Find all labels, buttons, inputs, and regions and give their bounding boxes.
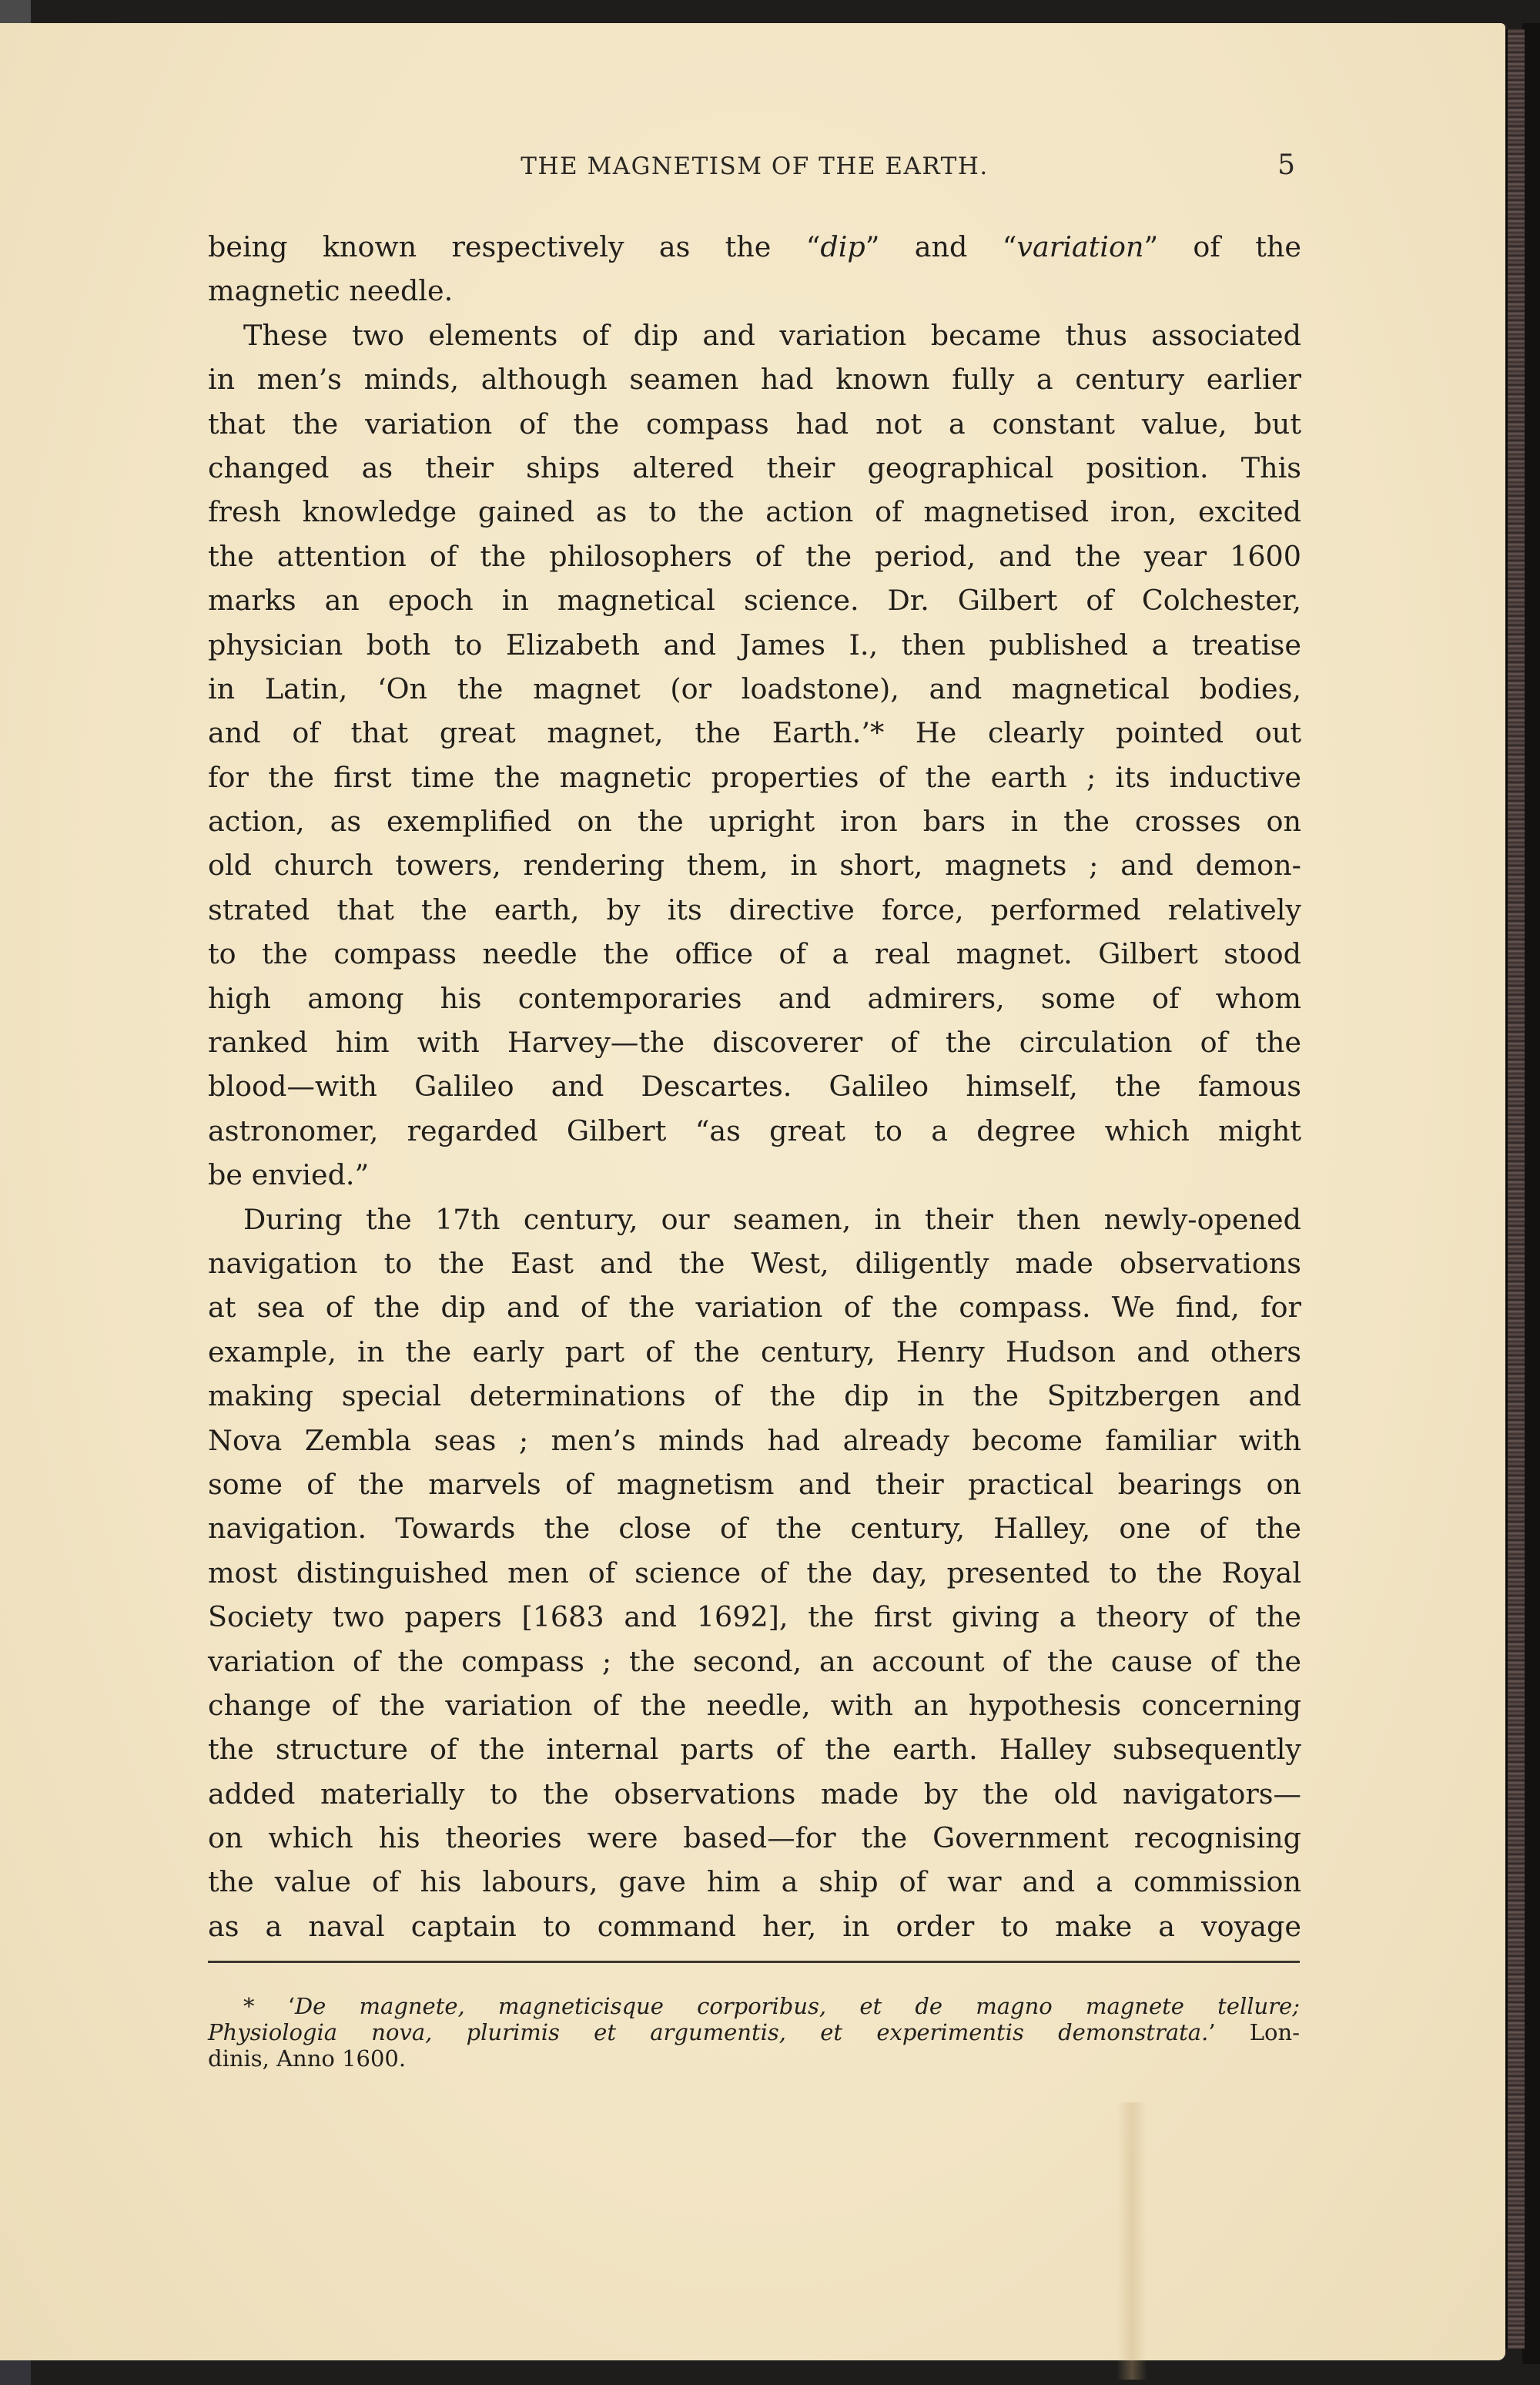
page-number: 5 <box>1277 149 1295 181</box>
footnote-divider <box>208 1961 1300 1963</box>
footnote: * ‘De magnete, magneticisque corporibus,… <box>208 1993 1300 2072</box>
footnote-marker: * ‘ <box>243 1993 295 2019</box>
text-span: ” and “ <box>865 230 1017 263</box>
text-line: physician both to Elizabeth and James I.… <box>208 623 1301 667</box>
text-line: navigation. Towards the close of the cen… <box>208 1506 1301 1550</box>
text-line: in men’s minds, although seamen had know… <box>208 357 1301 401</box>
text-line: be envied.” <box>208 1153 1301 1197</box>
text-line: that the variation of the compass had no… <box>208 402 1301 446</box>
footnote-line: dinis, Anno 1600. <box>208 2045 1300 2072</box>
footnote-latin-title-cont: Physiologia nova, plurimis et argumentis… <box>208 2019 1208 2045</box>
text-line: marks an epoch in magnetical science. Dr… <box>208 578 1301 622</box>
text-line: being known respectively as the “dip” an… <box>208 225 1301 269</box>
text-line: change of the variation of the needle, w… <box>208 1683 1301 1727</box>
footnote-line: Physiologia nova, plurimis et argumentis… <box>208 2019 1300 2045</box>
footnote-latin-title: De magnete, magneticisque corporibus, et… <box>295 1993 1300 2019</box>
paper-crease <box>1116 2102 1147 2380</box>
paragraph-start-line: During the 17th century, our seamen, in … <box>208 1198 1301 1241</box>
text-line: old church towers, rendering them, in sh… <box>208 843 1301 887</box>
text-line: strated that the earth, by its directive… <box>208 888 1301 932</box>
text-line: Nova Zembla seas ; men’s minds had alrea… <box>208 1419 1301 1462</box>
text-line: some of the marvels of magnetism and the… <box>208 1462 1301 1506</box>
italic-term-variation: variation <box>1016 230 1143 263</box>
text-line: on which his theories were based—for the… <box>208 1816 1301 1860</box>
text-line: variation of the compass ; the second, a… <box>208 1640 1301 1683</box>
text-line: Society two papers [1683 and 1692], the … <box>208 1595 1301 1639</box>
book-page-edges <box>1505 29 1525 2349</box>
scanner-corner-top <box>0 0 31 23</box>
text-line: to the compass needle the office of a re… <box>208 932 1301 976</box>
running-head: THE MAGNETISM OF THE EARTH. 5 <box>208 152 1301 191</box>
text-line: making special determinations of the dip… <box>208 1374 1301 1418</box>
text-line: example, in the early part of the centur… <box>208 1330 1301 1374</box>
text-line: the structure of the internal parts of t… <box>208 1727 1301 1771</box>
text-line: action, as exemplified on the upright ir… <box>208 799 1301 843</box>
book-edge-shadow <box>1522 23 1540 2364</box>
paragraph-start-line: These two elements of dip and variation … <box>208 313 1301 357</box>
text-line: astronomer, regarded Gilbert “as great t… <box>208 1109 1301 1153</box>
text-line: changed as their ships altered their geo… <box>208 446 1301 490</box>
text-span: ” of the <box>1143 230 1301 263</box>
text-line: ranked him with Harvey—the discoverer of… <box>208 1020 1301 1064</box>
body-text: being known respectively as the “dip” an… <box>208 225 1301 1948</box>
text-line: navigation to the East and the West, dil… <box>208 1241 1301 1285</box>
text-line: in Latin, ‘On the magnet (or loadstone),… <box>208 667 1301 711</box>
text-line: blood—with Galileo and Descartes. Galile… <box>208 1064 1301 1108</box>
text-line: magnetic needle. <box>208 269 1301 313</box>
scanner-corner-bottom <box>0 2360 31 2385</box>
text-line: for the first time the magnetic properti… <box>208 755 1301 799</box>
text-line: high among his contemporaries and admire… <box>208 976 1301 1020</box>
running-title: THE MAGNETISM OF THE EARTH. <box>208 152 1301 180</box>
text-line: added materially to the observations mad… <box>208 1772 1301 1816</box>
text-line: most distinguished men of science of the… <box>208 1551 1301 1595</box>
footnote-text: ’ Lon- <box>1208 2019 1300 2045</box>
text-line: the attention of the philosophers of the… <box>208 534 1301 578</box>
footnote-line: * ‘De magnete, magneticisque corporibus,… <box>208 1993 1300 2019</box>
text-line: at sea of the dip and of the variation o… <box>208 1285 1301 1329</box>
text-line-with-footnote-ref: and of that great magnet, the Earth.’* H… <box>208 711 1301 755</box>
text-line: as a naval captain to command her, in or… <box>208 1904 1301 1948</box>
italic-term-dip: dip <box>820 230 865 263</box>
text-line: fresh knowledge gained as to the action … <box>208 490 1301 534</box>
text-line: the value of his labours, gave him a shi… <box>208 1860 1301 1904</box>
text-span: being known respectively as the “ <box>208 230 820 263</box>
